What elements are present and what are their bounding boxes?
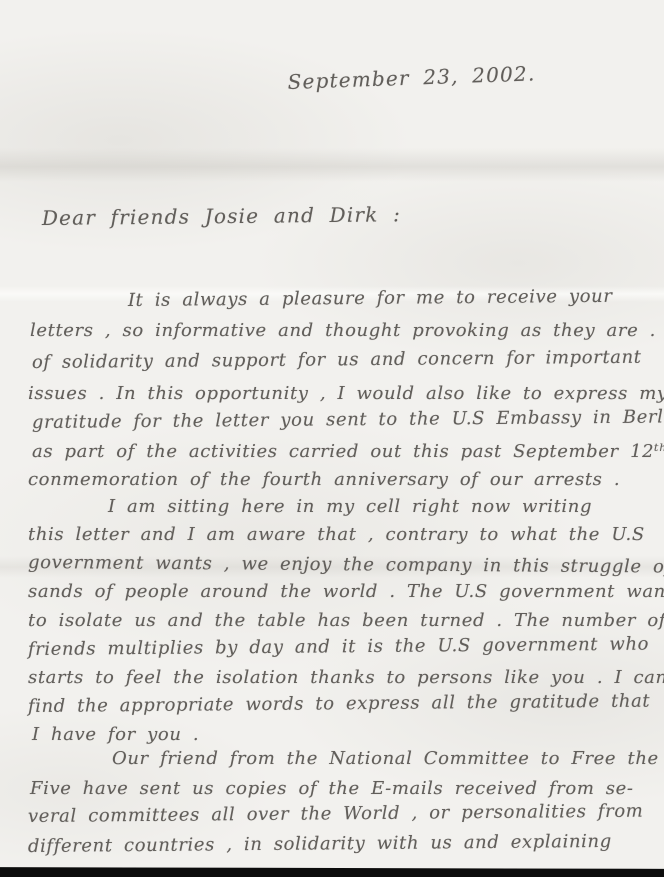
letter-salutation: Dear friends Josie and Dirk : <box>42 202 401 230</box>
letter-line: veral committees all over the World , or… <box>28 801 644 827</box>
letter-line: gratitude for the letter you sent to the… <box>32 406 664 433</box>
letter-line: I have for you . <box>32 724 199 745</box>
letter-line: as part of the activities carried out th… <box>32 441 664 462</box>
letter-date: September 23, 2002. <box>287 61 536 94</box>
letter-line: Five have sent us copies of the E-mails … <box>30 778 634 799</box>
scanner-edge-shadow <box>0 867 664 877</box>
letter-line: starts to feel the isolation thanks to p… <box>28 667 664 688</box>
letter-line: Our friend from the National Committee t… <box>112 748 659 769</box>
letter-line: conmemoration of the fourth anniversary … <box>28 469 620 490</box>
letter-line: I am sitting here in my cell right now w… <box>108 496 592 517</box>
paper-fold-crease-top <box>0 148 664 182</box>
letter-line: friends multiplies by day and it is the … <box>28 634 649 660</box>
letter-line: letters , so informative and thought pro… <box>30 320 664 341</box>
letter-line: sands of people around the world . The U… <box>28 581 664 602</box>
letter-line: this letter and I am aware that , contra… <box>28 524 645 545</box>
letter-line: issues . In this opportunity , I would a… <box>28 383 664 404</box>
letter-line: government wants , we enjoy the company … <box>28 552 664 578</box>
letter-line: different countries , in solidarity with… <box>28 831 612 857</box>
letter-line: It is always a pleasure for me to receiv… <box>128 286 613 311</box>
letter-line: to isolate us and the table has been tur… <box>28 610 664 631</box>
letter-line: find the appropriate words to express al… <box>28 691 650 717</box>
letter-line: of solidarity and support for us and con… <box>32 347 642 373</box>
letter-page: September 23, 2002. Dear friends Josie a… <box>0 0 664 877</box>
